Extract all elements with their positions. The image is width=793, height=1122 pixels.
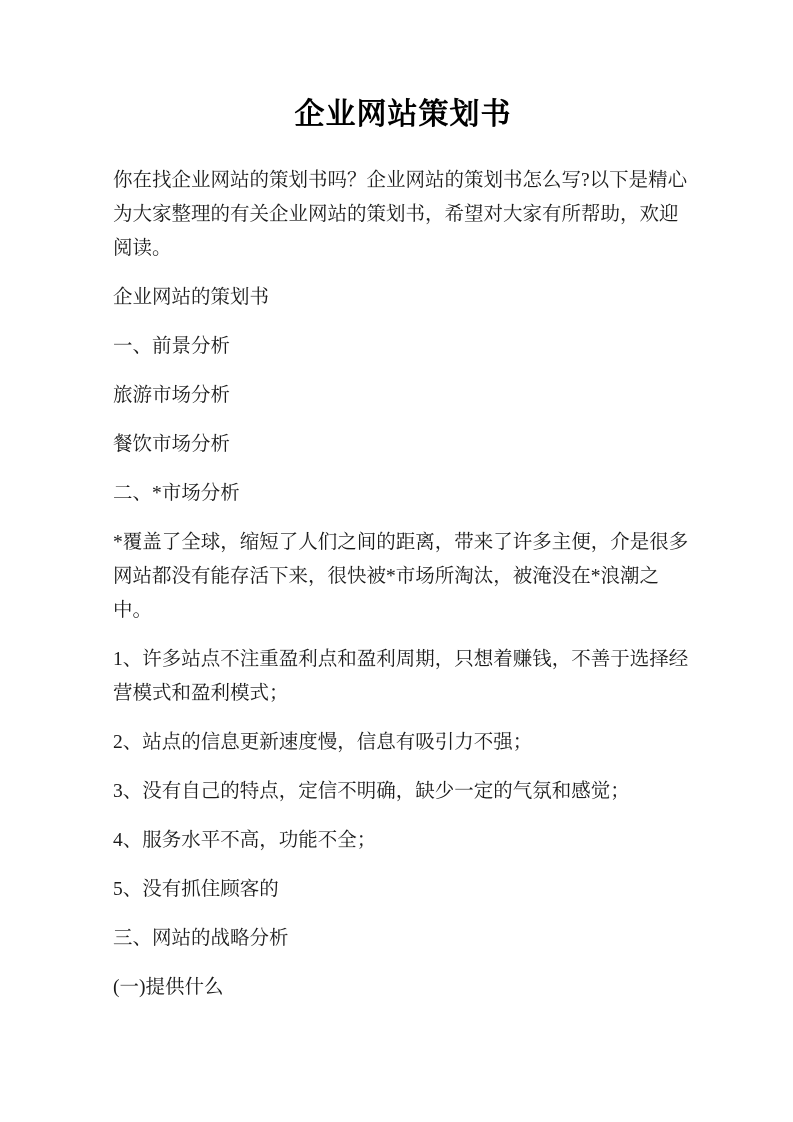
paragraph-dining-market: 餐饮市场分析 bbox=[113, 428, 693, 462]
document-body: 企业网站策划书 你在找企业网站的策划书吗？企业网站的策划书怎么写?以下是精心 为… bbox=[113, 96, 693, 1020]
list-item-issue-3: 3、没有自己的特点，定信不明确，缺少一定的气氛和感觉； bbox=[113, 775, 693, 809]
list-item-issue-2: 2、站点的信息更新速度慢，信息有吸引力不强； bbox=[113, 726, 693, 760]
heading-prospect-analysis: 一、前景分析 bbox=[113, 330, 693, 364]
list-item-issue-5: 5、没有抓住顾客的 bbox=[113, 873, 693, 907]
heading-strategy-analysis: 三、网站的战略分析 bbox=[113, 922, 693, 956]
paragraph-travel-market: 旅游市场分析 bbox=[113, 379, 693, 413]
paragraph-intro: 你在找企业网站的策划书吗？企业网站的策划书怎么写?以下是精心 为大家整理的有关企… bbox=[113, 164, 693, 266]
subheading-provide-what: (一)提供什么 bbox=[113, 971, 693, 1005]
paragraph-market-overview: *覆盖了全球，缩短了人们之间的距离，带来了许多主便，介是很多 网站都没有能存活下… bbox=[113, 526, 693, 628]
document-title: 企业网站策划书 bbox=[113, 96, 693, 134]
list-item-issue-1: 1、许多站点不注重盈利点和盈利周期，只想着赚钱，不善于选择经 营模式和盈利模式； bbox=[113, 643, 693, 711]
document-page: 企业网站策划书 你在找企业网站的策划书吗？企业网站的策划书怎么写?以下是精心 为… bbox=[0, 0, 793, 1122]
paragraph-subtitle: 企业网站的策划书 bbox=[113, 281, 693, 315]
list-item-issue-4: 4、服务水平不高，功能不全； bbox=[113, 824, 693, 858]
heading-market-analysis: 二、*市场分析 bbox=[113, 477, 693, 511]
